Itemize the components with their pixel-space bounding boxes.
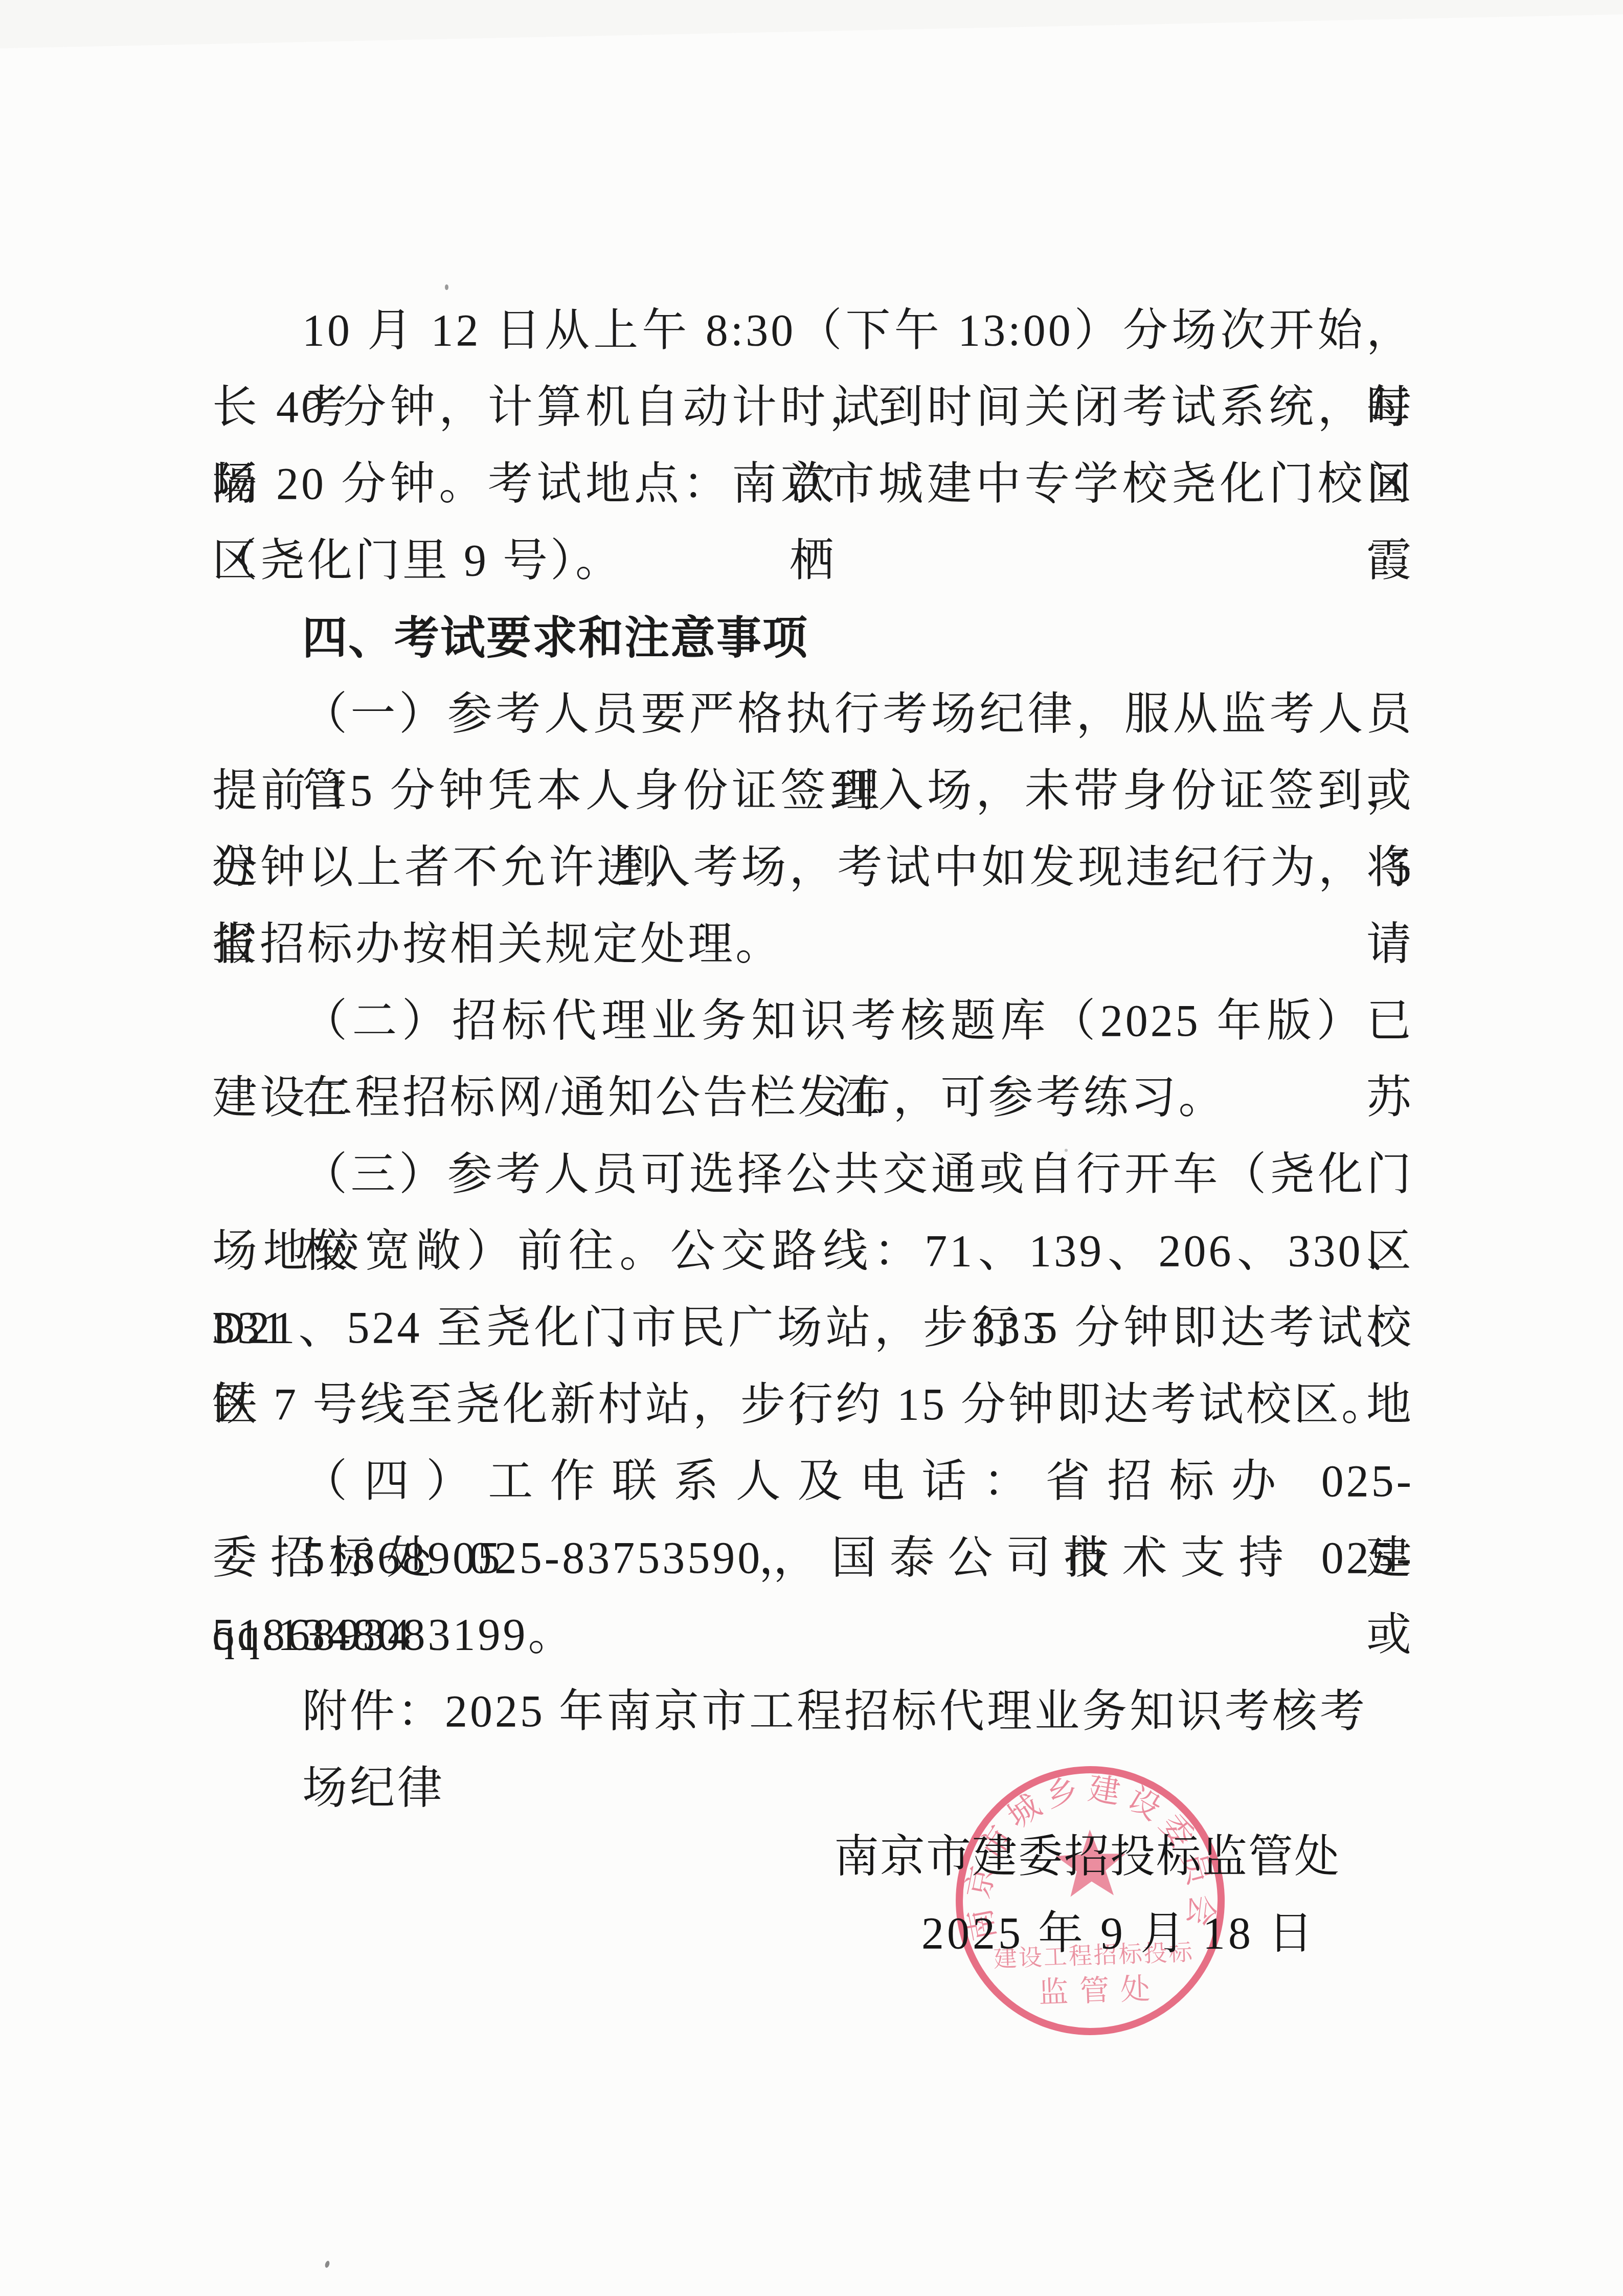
document-line: 委招标处 025-83753590，国泰公司技术支持 025-51868934 … [212,1520,1414,1597]
signature-block: 南京市建委招投标监管处 2025 年 9 月 18 日 [780,1819,1394,1972]
document-line: 10 月 12 日从上午 8:30（下午 13:00）分场次开始，考试时 [212,293,1414,369]
document-line: 提前 15 分钟凭本人身份证签到入场，未带身份证签到或迟到 5 [212,753,1414,830]
document-line: 分钟以上者不允许进入考场，考试中如发现违纪行为，将报请 [212,830,1414,906]
scan-speck [445,284,448,290]
document-line: （一）参考人员要严格执行考场纪律，服从监考人员管理， [212,676,1414,753]
signature-date: 2025 年 9 月 18 日 [780,1896,1394,1972]
document-line: 附件：2025 年南京市工程招标代理业务知识考核考场纪律 [212,1674,1414,1750]
signature-department: 南京市建委招投标监管处 [780,1819,1394,1896]
scan-edge-artifact [0,0,1623,49]
seal-text-line2: 监管处 [1038,1972,1162,2009]
document-line: 铁 7 号线至尧化新村站，步行约 15 分钟即达考试校区。 [212,1367,1414,1443]
document-line: （二）招标代理业务知识考核题库（2025 年版）已在江苏 [212,983,1414,1060]
section-heading: 四、考试要求和注意事项 [212,599,1414,676]
document-line: 隔 20 分钟。考试地点：南京市城建中专学校尧化门校区（栖霞 [212,446,1414,523]
scan-speck [324,2260,330,2268]
document-line: 场地较宽敞）前往。公交路线：71、139、206、330、331、333、 [212,1213,1414,1290]
document-line: （三）参考人员可选择公共交通或自行开车（尧化门校区 [212,1136,1414,1213]
document-page: 10 月 12 日从上午 8:30（下午 13:00）分场次开始，考试时长 40… [0,0,1623,2296]
document-line: （四）工作联系人及电话：省招标办 025-51868905，市建 [212,1443,1414,1520]
document-body: 10 月 12 日从上午 8:30（下午 13:00）分场次开始，考试时长 40… [212,293,1414,1750]
document-line: D21、524 至尧化门市民广场站，步行 5 分钟即达考试校区；地 [212,1290,1414,1367]
document-line: 长 40 分钟，计算机自动计时，到时间关闭考试系统，每场次间 [212,369,1414,446]
